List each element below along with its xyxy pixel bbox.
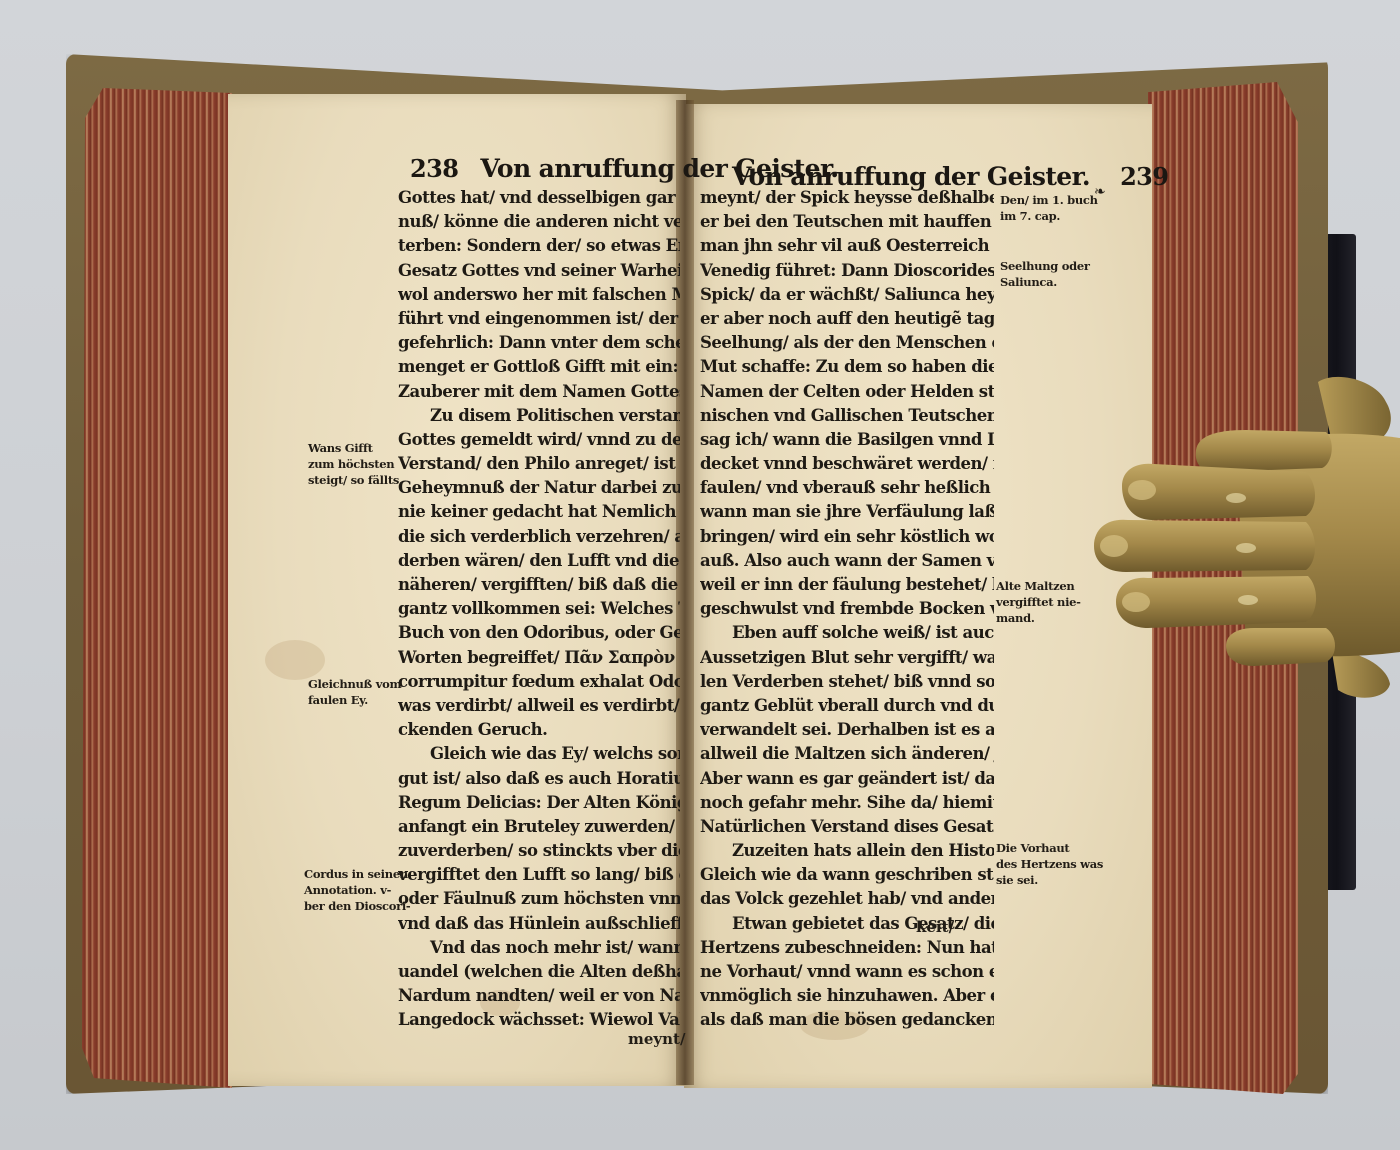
margin-line: Alte Maltzen [996,578,1081,594]
text-line: ckenden Geruch. [398,718,680,742]
text-line: decket vnnd beschwäret werden/ fangen si… [700,452,994,476]
text-line: das Volck gezehlet hab/ vnd anders dergl… [700,887,994,911]
text-line: Gottes hat/ vnd desselbigen gar keine Em… [398,186,680,210]
margin-line: ber den Dioscori- [304,898,410,914]
text-line: Hertzens zubeschneiden: Nun hat ja das H… [700,936,994,960]
text-line: Worten begreiffet/ Πᾶν Σαπρὸν κακῶδες, Q… [398,646,680,670]
text-line: man jhn sehr vil auß Oesterreich vñ den … [700,234,994,258]
margin-line: Wans Gifft [308,440,403,456]
margin-line: Saliunca. [1000,274,1090,290]
marginal-note: Seelhung oder Saliunca. [1000,258,1090,290]
margin-line: faulen Ey. [308,692,401,708]
margin-line: Cordus in seinen [304,866,410,882]
text-line: Geheymnuß der Natur darbei zumercken/ de… [398,476,680,500]
text-line: Aussetzigen Blut sehr vergifft/ wann es … [700,646,994,670]
margin-line: Annotation. v- [304,882,410,898]
text-line: gut ist/ also daß es auch Horatius nenne… [398,767,680,791]
left-catchword: meynt/ [628,1030,685,1048]
paragraph-start-line: Zu disem Politischen verstand/ der im Ge… [398,404,680,428]
text-line: nie keiner gedacht hat Nemlich diß/ daß … [398,500,680,524]
left-page-fore-edge [82,88,232,1088]
paragraph-start-line: Gleich wie das Ey/ welchs sonst sehr lus… [398,742,680,766]
text-line: Zauberer mit dem Namen Gottes thun. [398,380,680,404]
margin-line: Den/ im 1. buch [1000,192,1098,208]
text-line: terben: Sondern der/ so etwas Empfindnuß… [398,234,680,258]
paper-stain [265,640,325,680]
text-line: Gleich wie da wann geschriben stehet/ da… [700,863,994,887]
text-line: anfangt ein Bruteley zuwerden/ oder zufa… [398,815,680,839]
marginal-note: Den/ im 1. buch im 7. cap. [1000,192,1098,224]
text-line: zuverderben/ so stinckts vber die massen… [398,839,680,863]
text-line: Verstand/ den Philo anreget/ ist noch ei… [398,452,680,476]
text-line: allweil die Maltzen sich änderen/ jhnen … [700,742,994,766]
brass-hand-icon [1086,372,1400,702]
text-line: nischen vnd Gallischen Teutschen verstan… [700,404,994,428]
text-line: Gottes gemeldt wird/ vnnd zu dem Moralis… [398,428,680,452]
marginal-note: Cordus in seinen Annotation. v- ber den … [304,866,410,914]
text-line: die sich verderblich verzehren/ allweil … [398,525,680,549]
text-line: noch gefahr mehr. Sihe da/ hiemit habt j… [700,791,994,815]
right-page-number: 239 [1120,162,1168,191]
margin-line: mand. [996,610,1081,626]
text-line: vnd daß das Hünlein außschlieffe. [398,912,680,936]
text-line: Spick/ da er wächßt/ Saliunca heyß: Nun … [700,283,994,307]
marginal-note: Die Vorhaut des Hertzens was sie sei. [996,840,1103,888]
text-line: verwandelt sei. Derhalben ist es alsdann… [700,718,994,742]
text-line: was verdirbt/ allweil es verdirbt/ gibts… [398,694,680,718]
margin-line: im 7. cap. [1000,208,1098,224]
margin-line: vergifftet nie- [996,594,1081,610]
text-line: Nardum nandten/ weil er von Natur gern v… [398,984,680,1008]
text-line: Buch von den Odoribus, oder Geruchen mit… [398,621,680,645]
margin-line: zum höchsten [308,456,403,472]
text-line: oder Fäulnuß zum höchsten vnnd volkommen… [398,887,680,911]
text-line: meynt/ der Spick heysse deßhalben Celtis… [700,186,994,210]
paragraph-start-line: Zuzeiten hats allein den Historischen ve… [700,839,994,863]
text-line: näheren/ vergifften/ biß daß die Verderb… [398,573,680,597]
text-line: Seelhung/ als der den Menschen einen jun… [700,331,994,355]
left-page-text: Gottes hat/ vnd desselbigen gar keine Em… [398,186,680,1033]
text-line: vergifftet den Lufft so lang/ biß die Ve… [398,863,680,887]
paragraph-start-line: Vnd das noch mehr ist/ wann Basilgen vnd… [398,936,680,960]
text-line: menget er Gottloß Gifft mit ein: Gleich … [398,355,680,379]
margin-line: steigt/ so fällts. [308,472,403,488]
text-line: Regum Delicias: Der Alten König Gelüst: … [398,791,680,815]
photo-scene: 238 Von anruffung der Geister. Von anruf… [0,0,1400,1150]
text-line: Natürlichen Verstand dises Gesatzes. [700,815,994,839]
margin-line: Die Vorhaut [996,840,1103,856]
text-line: faulen/ vnd vberauß sehr heßlich zustinc… [700,476,994,500]
text-line: Langedock wächsset: Wiewol Valerius Cord… [398,1008,680,1032]
right-page-text: meynt/ der Spick heysse deßhalben Celtis… [700,186,994,1033]
text-line: bringen/ wird ein sehr köstlich wolriech… [700,525,994,549]
text-line: gefehrlich: Dann vnter dem schein der Re… [398,331,680,355]
text-line: Venedig führet: Dann Dioscorides sagt/ d… [700,259,994,283]
margin-line: Seelhung oder [1000,258,1090,274]
right-catchword: keit/ [916,918,954,936]
text-line: wol anderswo her mit falschen Meynungen … [398,283,680,307]
brass-hand-clamp [1086,372,1400,702]
text-line: vnmöglich sie hinzuhawen. Aber es lautet… [700,984,994,1008]
text-line: ne Vorhaut/ vnnd wann es schon eine hett… [700,960,994,984]
text-line: nuß/ könne die anderen nicht vergifften … [398,210,680,234]
marginal-note: Alte Maltzen vergifftet nie- mand. [996,578,1081,626]
text-line: uandel (welchen die Alten deßhalben Celt… [398,960,680,984]
text-line: corrumpitur fœdum exhalat Odorem. Das is… [398,670,680,694]
text-line: als daß man die bösen gedancken/ die Raa… [700,1008,994,1032]
paragraph-start-line: Eben auff solche weiß/ ist auch der Malt… [700,621,994,645]
margin-line: sie sei. [996,872,1103,888]
text-line: weil er inn der fäulung bestehet/ bringe… [700,573,994,597]
margin-line: des Hertzens was [996,856,1103,872]
marginal-note: Wans Gifft zum höchsten steigt/ so fällt… [308,440,403,488]
margin-line: Gleichnuß vom [308,676,401,692]
text-line: gantz vollkommen sei: Welches Theophrast… [398,597,680,621]
text-line: er bei den Teutschen mit hauffen wächsse… [700,210,994,234]
text-line: wann man sie jhre Verfäulung laßt gäntzl… [700,500,994,524]
text-line: len Verderben stehet/ biß vnnd so lang/ … [700,670,994,694]
text-line: gantz Geblüt vberall durch vnd durch ver… [700,694,994,718]
text-line: Aber wann es gar geändert ist/ da hats k… [700,767,994,791]
marginal-note: Gleichnuß vom faulen Ey. [308,676,401,708]
text-line: er aber noch auff den heutigẽ tag bei de… [700,307,994,331]
text-line: Gesatz Gottes vnd seiner Warheit hat/ vn… [398,259,680,283]
text-line: geschwulst vnd frembde Bocken vnd Blater… [700,597,994,621]
text-line: Mut schaffe: Zu dem so haben die Alten v… [700,355,994,379]
left-page-number: 238 [410,154,458,183]
printer-ornament-icon: ❧ [1094,184,1106,200]
text-line: sag ich/ wann die Basilgen vnnd Lauandel… [700,428,994,452]
text-line: führt vnd eingenommen ist/ der ist gar s… [398,307,680,331]
text-line: auß. Also auch wann der Samen verfaulet/… [700,549,994,573]
text-line: derben wären/ den Lufft vnd die jenigen … [398,549,680,573]
text-line: Namen der Celten oder Helden stäts die G… [700,380,994,404]
